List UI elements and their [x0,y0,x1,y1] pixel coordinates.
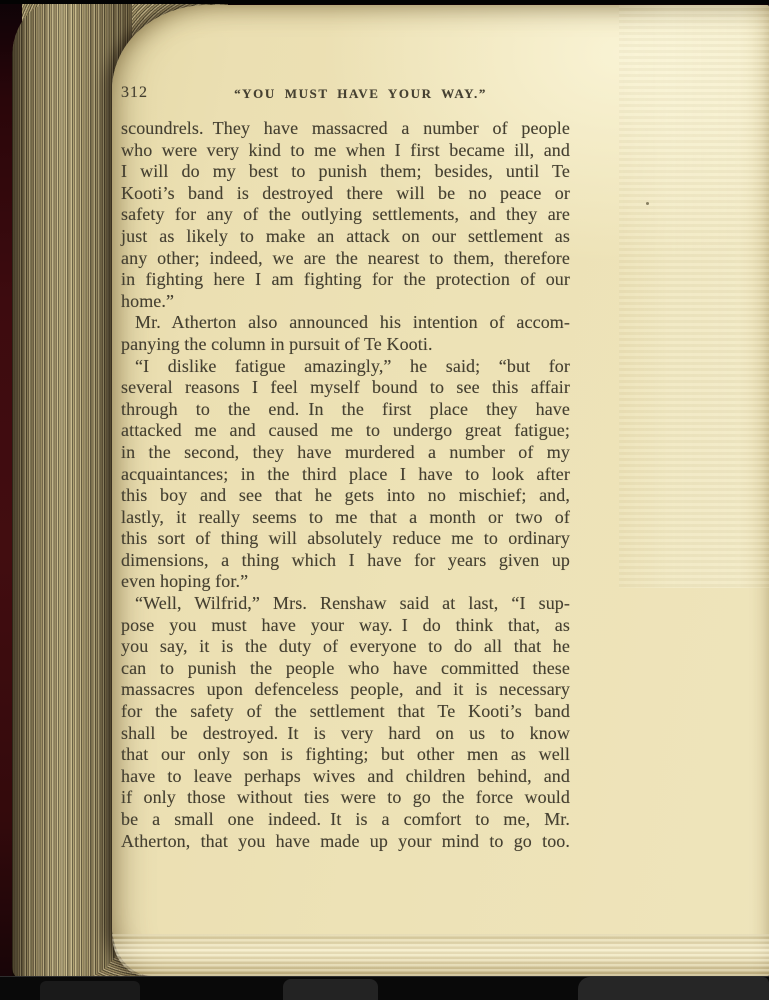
text-line: Atherton, that you have made up your min… [121,831,570,853]
text-line: acquaintances; in the third place I have… [121,464,570,486]
text-line: several reasons I feel myself bound to s… [121,377,570,399]
text-line: safety for any of the outlying settlemen… [121,204,570,226]
page-bottom-edge-stack [112,934,769,976]
text-line: pose you must have your way. I do think … [121,615,570,637]
text-line: panying the column in pursuit of Te Koot… [121,334,570,356]
text-line: can to punish the people who have commit… [121,658,570,680]
text-line: in fighting here I am fighting for the p… [121,269,570,291]
text-line: who were very kind to me when I first be… [121,140,570,162]
paragraph: scoundrels. They have massacred a number… [121,118,570,312]
text-line: be a small one indeed. It is a comfort t… [121,809,570,831]
text-line: have to leave perhaps wives and children… [121,766,570,788]
cradle-shape-middle [283,979,378,1000]
text-line: you say, it is the duty of everyone to d… [121,636,570,658]
page-body: scoundrels. They have massacred a number… [121,118,570,852]
text-line: scoundrels. They have massacred a number… [121,118,570,140]
page-number: 312 [121,84,148,102]
text-line: this sort of thing will absolutely reduc… [121,528,570,550]
text-line: for the safety of the settlement that Te… [121,701,570,723]
text-line: in the second, they have murdered a numb… [121,442,570,464]
text-line: any other; indeed, we are the nearest to… [121,248,570,270]
paragraph: Mr. Atherton also announced his intentio… [121,312,570,355]
text-line: lastly, it really seems to me that a mon… [121,507,570,529]
book-scan-photo: 312 “YOU MUST HAVE YOUR WAY.” scoundrels… [0,0,769,1000]
paragraph: “Well, Wilfrid,” Mrs. Renshaw said at la… [121,593,570,852]
text-line: I will do my best to punish them; beside… [121,161,570,183]
text-line: just as likely to make an attack on our … [121,226,570,248]
scanner-bed-top-strip [0,0,769,4]
paragraph: “I dislike fatigue amazingly,” he said; … [121,356,570,594]
text-line: Kooti’s band is destroyed there will be … [121,183,570,205]
text-line: even hoping for.” [121,571,570,593]
cradle-shape-left [40,981,140,1000]
running-head: 312 “YOU MUST HAVE YOUR WAY.” [121,82,570,104]
text-line: massacres upon defenceless people, and i… [121,679,570,701]
text-line: dimensions, a thing which I have for yea… [121,550,570,572]
text-line: home.” [121,291,570,313]
text-line: Mr. Atherton also announced his intentio… [121,312,570,334]
cradle-shape-right [578,977,769,1000]
paper-speck [646,202,649,205]
text-line: shall be destroyed. It is very hard on u… [121,723,570,745]
running-title: “YOU MUST HAVE YOUR WAY.” [121,82,570,102]
text-line: if only those without ties were to go th… [121,787,570,809]
text-line: “Well, Wilfrid,” Mrs. Renshaw said at la… [121,593,570,615]
text-line: attacked me and caused me to undergo gre… [121,420,570,442]
text-line: this boy and see that he gets into no mi… [121,485,570,507]
scan-light-streak [619,5,769,588]
text-line: that our only son is fighting; but other… [121,744,570,766]
text-line: “I dislike fatigue amazingly,” he said; … [121,356,570,378]
printed-page-content: 312 “YOU MUST HAVE YOUR WAY.” scoundrels… [121,82,570,852]
text-line: through to the end. In the first place t… [121,399,570,421]
